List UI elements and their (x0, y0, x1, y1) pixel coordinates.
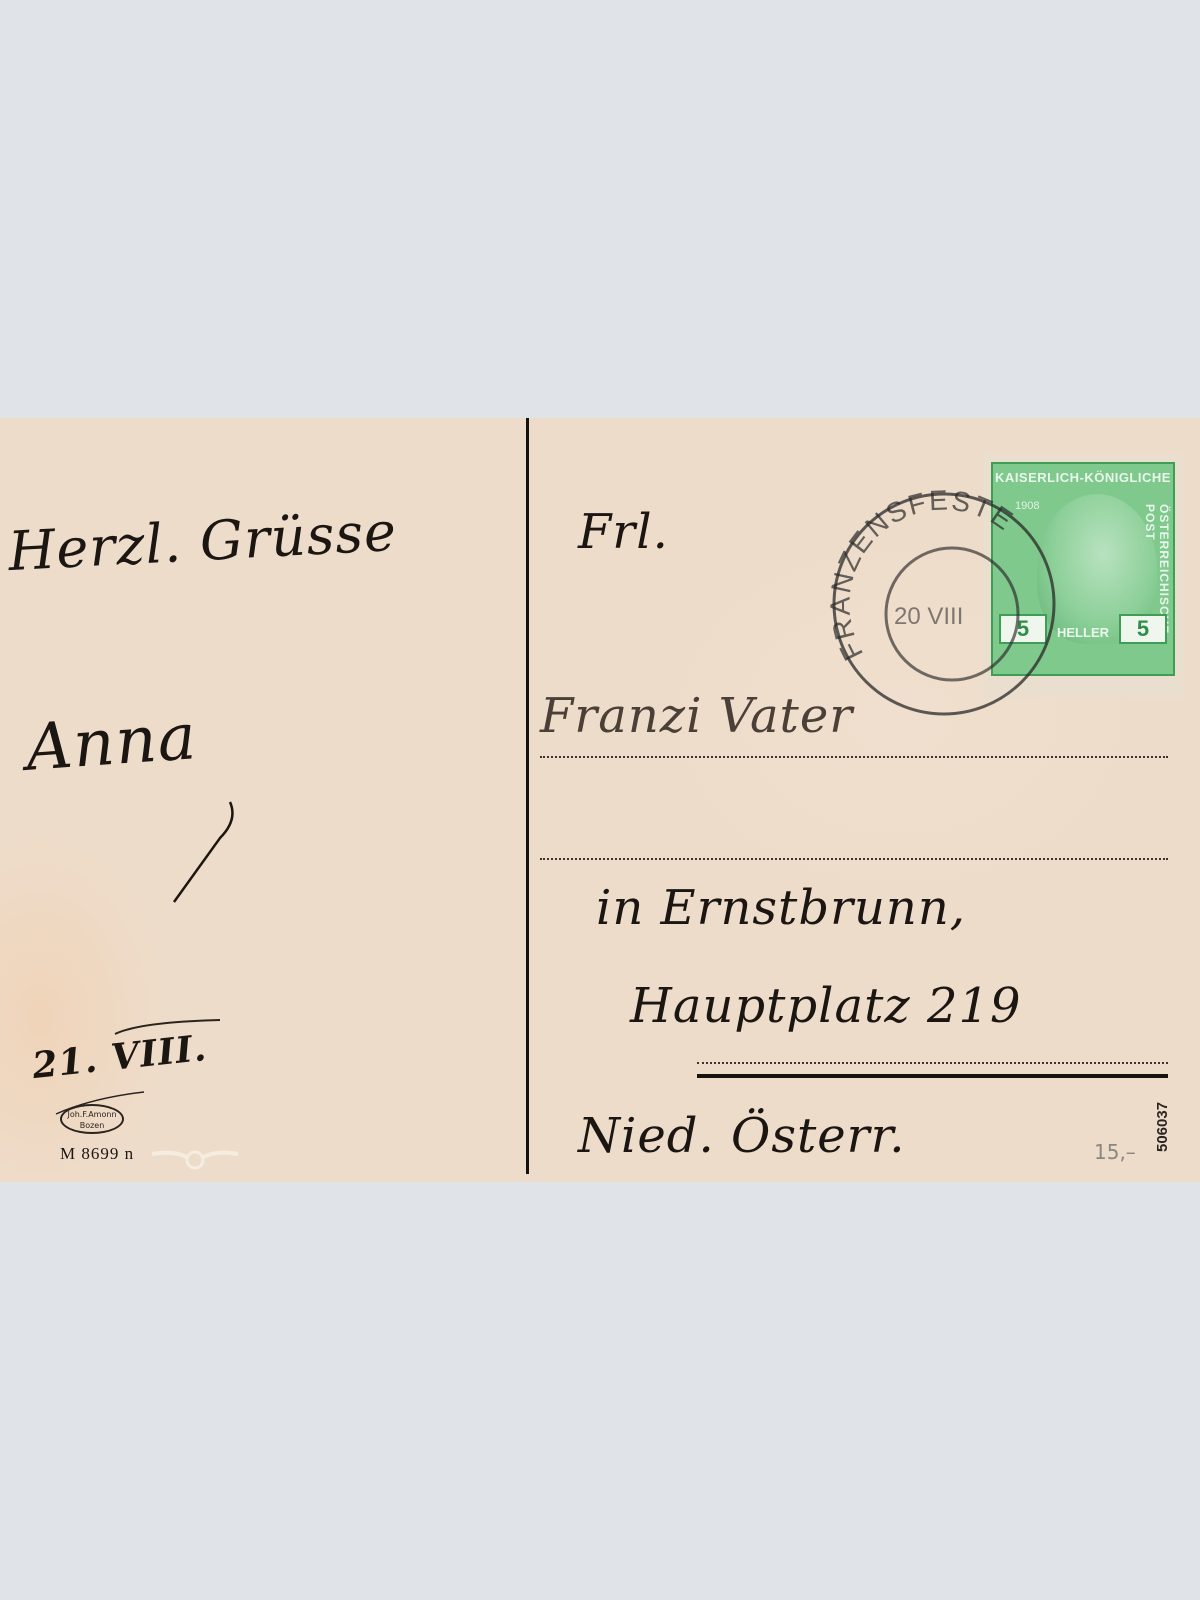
date-text: 21. VIII. (30, 1027, 209, 1087)
address-line-2 (540, 858, 1168, 860)
address-underline (697, 1074, 1168, 1078)
stamp-currency: HELLER (1057, 625, 1109, 640)
publisher-stamp: Joh.F.Amonn Bozen (60, 1104, 124, 1134)
greeting-text: Herzl. Grüsse (7, 500, 399, 583)
region-line: Nied. Österr. (578, 1108, 906, 1164)
postcard: Herzl. Grüsse Anna 21. VIII. Joh.F.Amonn… (0, 418, 1200, 1182)
recipient-name: Franzi Vater (540, 688, 853, 744)
address-line-1 (540, 756, 1168, 758)
serial-number: 506037 (1154, 1102, 1171, 1152)
signature-tail-stroke (150, 798, 240, 908)
city-line: in Ernstbrunn, (596, 880, 966, 936)
svg-text:FRANZENSFESTE: FRANZENSFESTE (825, 484, 1020, 665)
signature-text: Anna (24, 700, 200, 786)
address-line-3 (697, 1062, 1168, 1064)
pencil-price: 15,– (1094, 1140, 1136, 1164)
catalog-number: M 8699 n (60, 1144, 134, 1164)
street-line: Hauptplatz 219 (630, 978, 1022, 1034)
stamp-inscription-top: KAISERLICH-KÖNIGLICHE (993, 470, 1173, 485)
postmark-date: 20 VIII (894, 603, 963, 630)
postmark-cancel-icon: FRANZENSFESTE 20 VIII (824, 484, 1064, 724)
publisher-city: Bozen (62, 1120, 122, 1131)
publisher-name: Joh.F.Amonn (62, 1109, 122, 1120)
stamp-value-right: 5 (1119, 614, 1167, 644)
salutation-text: Frl. (578, 504, 669, 560)
postmark-town: FRANZENSFESTE (825, 484, 1020, 665)
winged-emblem-icon (150, 1148, 240, 1170)
center-divider (526, 418, 529, 1174)
stamp-inscription-right: ÖSTERREICHISCHE POST (1143, 504, 1171, 674)
